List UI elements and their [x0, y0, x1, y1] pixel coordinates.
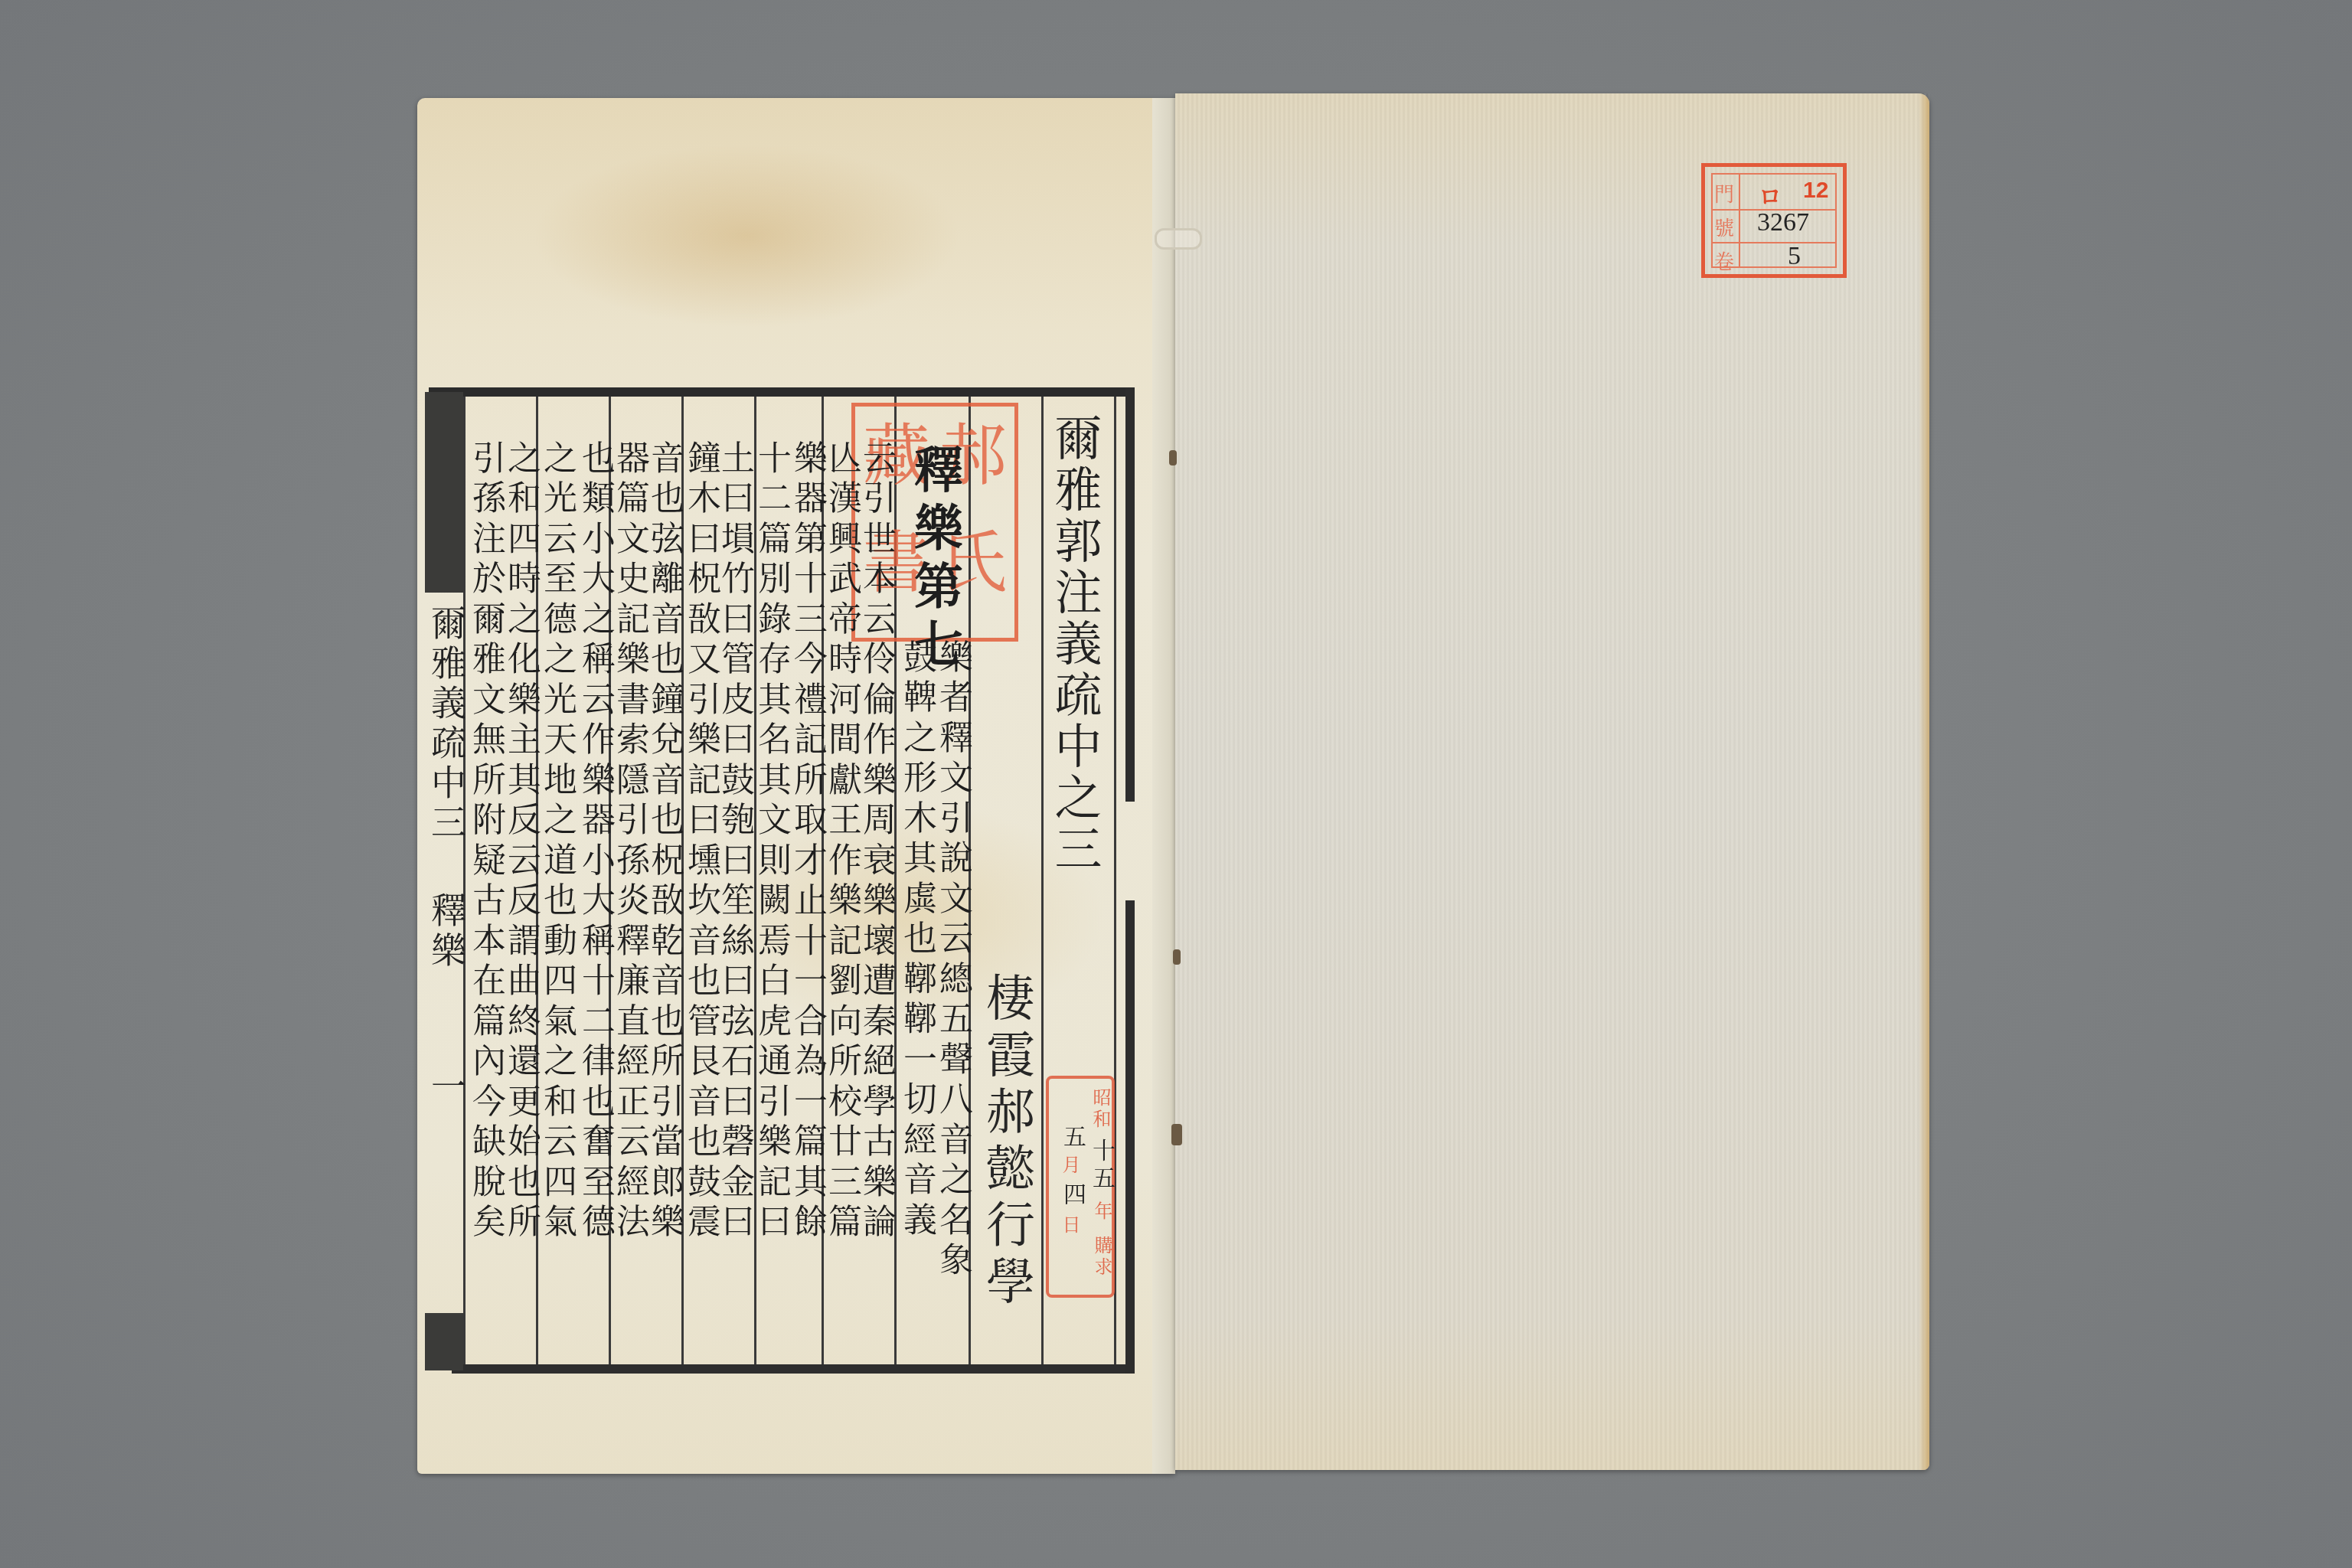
- stamp-class-mark: ロ: [1759, 178, 1782, 211]
- print-frame-bottom: [452, 1364, 1125, 1374]
- print-frame-right: [1125, 387, 1135, 1374]
- stamp-month-label: 月: [1057, 1155, 1083, 1177]
- text-column: 也類小大之稱云作樂器小大稱十二律也奮至德: [578, 440, 612, 1244]
- stamp-month-number: 五: [1055, 1125, 1089, 1152]
- stamp-day-label: 日: [1057, 1215, 1083, 1236]
- right-page-blank: [1175, 93, 1929, 1470]
- stamp-purchase-label: 購求: [1089, 1236, 1116, 1279]
- print-frame-top: [429, 387, 1133, 397]
- text-column: 之和四時之化樂主其反云反謂曲終還更始也所: [504, 440, 537, 1244]
- author-line: 棲霞郝懿行學: [982, 972, 1031, 1312]
- text-column: 云引世本云伶倫作樂周衰樂壞遭秦絕學古樂論: [859, 440, 893, 1244]
- text-column: 十二篇別錄存其名其文則闕焉白虎通引樂記曰: [754, 440, 788, 1244]
- fold-margin-title: 爾雅義疏中三: [429, 605, 464, 844]
- text-column: 鼓鞞之形木其虡也鞹鞹一切經音義: [900, 639, 933, 1243]
- stamp-divider: [1711, 242, 1837, 243]
- library-call-number-stamp: 門 號 卷 ロ 12 3267 5: [1701, 163, 1847, 278]
- text-column: 土曰塤竹曰管皮曰鼓匏曰笙絲曰弦石曰磬金曰: [717, 440, 751, 1244]
- stamp-label-category: 門: [1711, 179, 1737, 207]
- foxing-stain: [532, 144, 961, 328]
- text-column: 音也弦離音也鐘兌音也柷敔乾音也所引當郎樂: [647, 440, 681, 1244]
- stamp-label-number: 號: [1711, 213, 1737, 241]
- stamp-year-number: 十五: [1084, 1138, 1118, 1194]
- fold-margin-page-number: 一: [429, 1068, 464, 1108]
- stamp-volume-number: 5: [1788, 242, 1801, 271]
- binding-hole: [1169, 450, 1177, 465]
- book-title: 爾雅郭注義疏中之三: [1050, 413, 1098, 875]
- stamp-year-label: 年: [1089, 1201, 1116, 1223]
- text-column: 鐘木曰柷敔又引樂記曰壎坎音也管艮音也鼓震: [684, 440, 717, 1244]
- text-column: 亾漢興武帝時河間獻王作樂記劉向所校廿三篇: [825, 440, 858, 1244]
- text-column: 之光云至德之光天地之道也動四氣之和云四氣: [540, 440, 573, 1244]
- fold-margin-section: 釋樂: [429, 892, 464, 972]
- gutter: [1152, 98, 1175, 1474]
- stamp-label-volume: 卷: [1711, 247, 1737, 275]
- stamp-call-number: 3267: [1757, 208, 1809, 237]
- text-column: 引孫注於爾雅文無所附疑古本在篇內今缺脫矣: [469, 440, 502, 1244]
- binding-hole: [1173, 949, 1181, 965]
- fold-fishtail-bottom: [425, 1313, 463, 1370]
- column-rule: [1041, 397, 1044, 1364]
- page-edge: [1919, 93, 1929, 1470]
- stamp-era: 昭和: [1087, 1088, 1114, 1131]
- paper-texture: [1175, 93, 1929, 1470]
- stamp-day-number: 四: [1055, 1182, 1089, 1210]
- text-column: 樂者釋文引說文云總五聲八音之名象: [936, 639, 969, 1282]
- fold-fishtail-top: [425, 392, 463, 593]
- stamp-class-number: 12: [1803, 178, 1828, 204]
- binding-hole: [1171, 1124, 1182, 1145]
- text-column: 器篇文史記樂書索隱引孫炎釋廉直經正云經法: [612, 440, 646, 1244]
- text-column: 樂器第十三今禮記所取才止十一合為一篇其餘: [790, 440, 824, 1244]
- acquisition-date-stamp: 昭和 十五 年 五 月 四 日 購求: [1046, 1076, 1115, 1298]
- column-rule: [463, 397, 465, 1364]
- binding-thread: [1155, 228, 1202, 250]
- stamp-divider: [1739, 173, 1740, 268]
